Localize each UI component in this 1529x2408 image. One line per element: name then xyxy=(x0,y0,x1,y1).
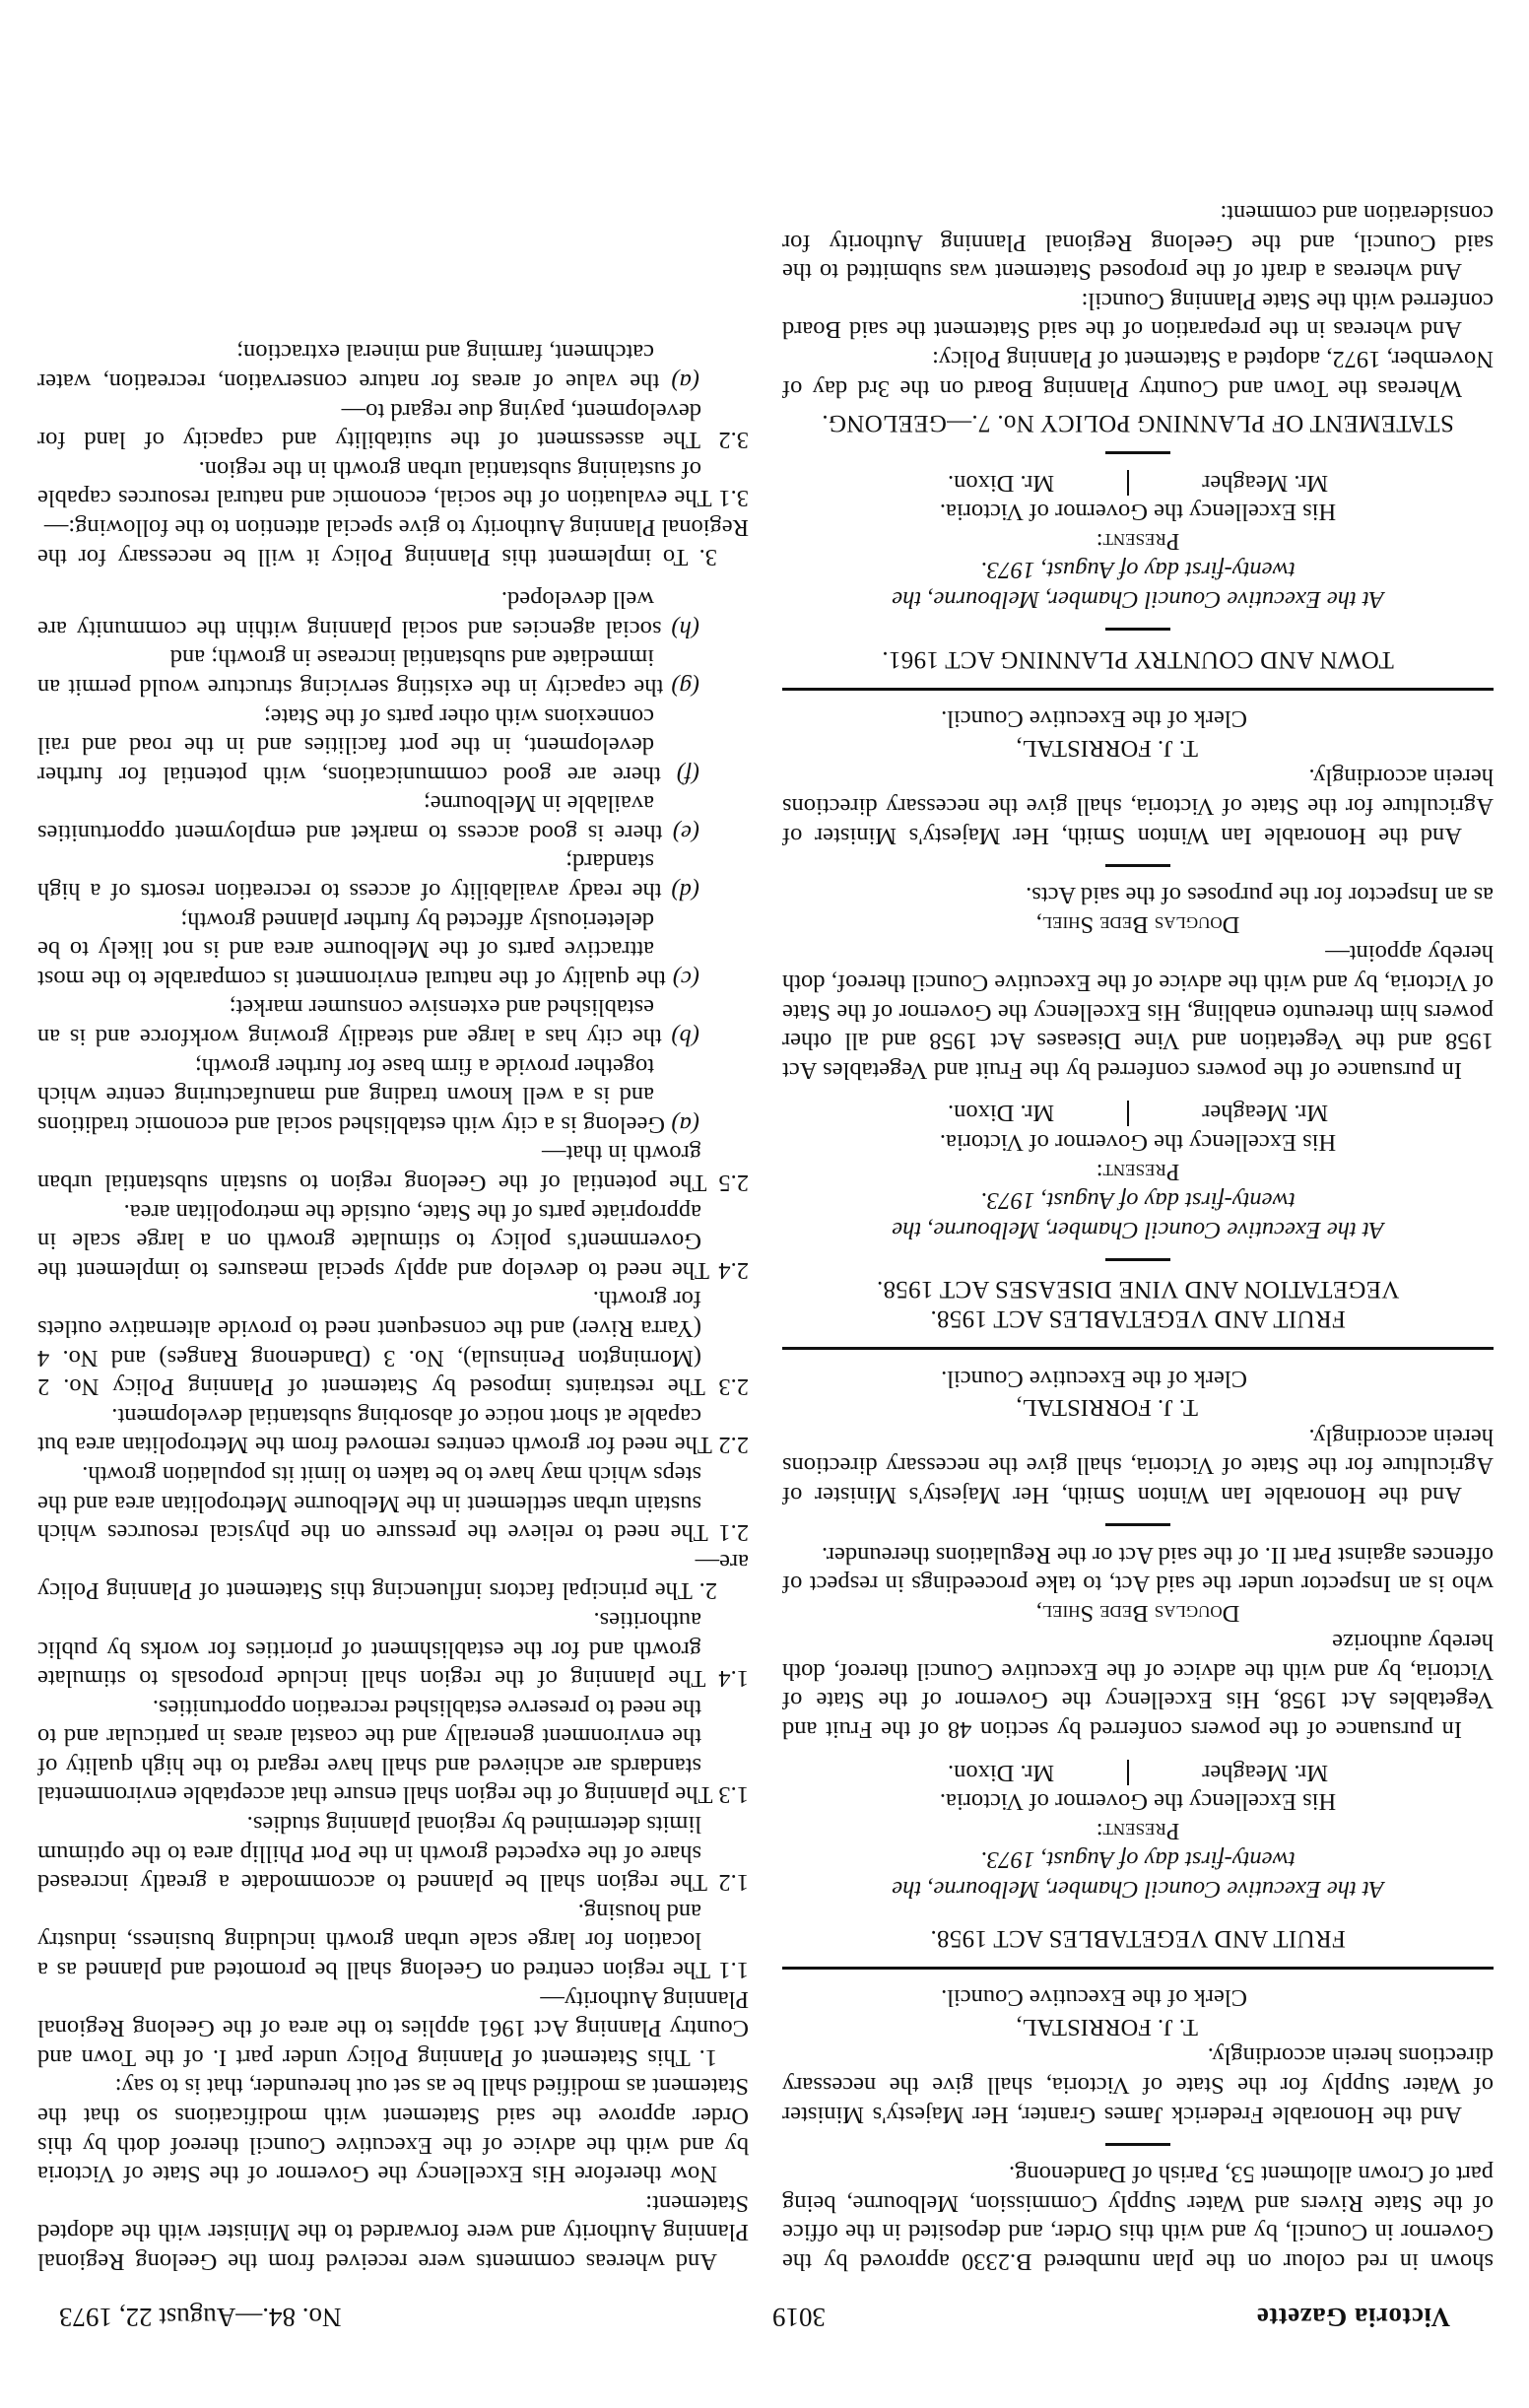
sub-clause-label: (e) xyxy=(662,820,699,846)
clause-2-5: 2.5 The potential of the Geelong region … xyxy=(37,1139,749,1197)
sub-clause-item: (a) Geelong is a city with established s… xyxy=(37,1051,749,1139)
order-place: At the Executive Council Chamber, Melbou… xyxy=(782,585,1494,615)
act-heading: VEGETATION AND VINE DISEASES ACT 1958. xyxy=(782,1275,1494,1304)
clause-2-2: 2.2 The need for growth centres removed … xyxy=(37,1401,749,1459)
divider xyxy=(1105,864,1170,867)
water-minister-para: And the Honorable Frederick James Grante… xyxy=(782,2041,1494,2129)
clause-2-1: 2.1 The need to relieve the pressure on … xyxy=(37,1459,749,1547)
clause-3: 3. To implement this Planning Policy it … xyxy=(37,512,749,570)
statement-heading: STATEMENT OF PLANNING POLICY No. 7.—GEEL… xyxy=(782,409,1494,438)
sub-clause-item: (c) the quality of the natural environme… xyxy=(37,905,749,993)
page-header: Victoria Gazette 3019 No. 84.—August 22,… xyxy=(59,2298,1450,2337)
divider xyxy=(1105,2143,1170,2146)
sub-clause-item: (h) social agencies and social planning … xyxy=(37,585,749,643)
present-label: Present: xyxy=(782,1816,1494,1845)
sub-clause-item: (b) the city has a large and steadily gr… xyxy=(37,993,749,1051)
present-label: Present: xyxy=(782,526,1494,556)
sub-clause-text: Geelong is a city with established socia… xyxy=(37,1053,665,1138)
governor-line: His Excellency the Governor of Victoria. xyxy=(782,498,1494,527)
divider xyxy=(1105,1523,1170,1526)
left-column: shown in red colour on the plan numbered… xyxy=(782,198,1494,2276)
section-divider xyxy=(782,1967,1494,1970)
sub-clause-item: (g) the capacity in the existing servici… xyxy=(37,643,749,702)
sub-clause-label: (c) xyxy=(666,966,699,992)
member-dixon: Mr. Dixon. xyxy=(948,1758,1054,1787)
clause-2: 2. The principal factors influencing thi… xyxy=(37,1547,749,1605)
page-number: 3019 xyxy=(772,2303,826,2333)
member-meagher: Mr. Meagher xyxy=(1202,1758,1328,1787)
signatory-name: T. J. FORRISTAL, xyxy=(782,1393,1494,1423)
clause-3-2: 3.2 The assessment of the suitability an… xyxy=(37,396,749,454)
sub-clause-text: the ready availability of access to recr… xyxy=(37,849,662,905)
whereas-para: And whereas a draft of the proposed Stat… xyxy=(782,198,1494,286)
sub-clause-item: (a) the value of areas for nature conser… xyxy=(37,338,749,396)
signatory-title: Clerk of the Executive Council. xyxy=(782,1364,1494,1393)
order-date: twenty-first day of August, 1973. xyxy=(782,1845,1494,1875)
now-therefore-para: Now therefore His Excellency the Governo… xyxy=(37,2072,749,2188)
member-meagher: Mr. Meagher xyxy=(1202,1099,1328,1128)
member-dixon: Mr. Dixon. xyxy=(948,468,1054,498)
governor-line: His Excellency the Governor of Victoria. xyxy=(782,1787,1494,1817)
sub-clause-text: the value of areas for nature conservati… xyxy=(37,339,659,395)
whereas-para: Whereas the Town and Country Planning Bo… xyxy=(782,344,1494,402)
section-divider xyxy=(782,688,1494,691)
order-text: who is an Inspector under the said Act, … xyxy=(782,1540,1494,1598)
clause-1-2: 1.2 The region shall be planned to accom… xyxy=(37,1810,749,1898)
clause-1: 1. This Statement of Planning Policy und… xyxy=(37,1984,749,2072)
members-present: Mr. Meagher Mr. Dixon. xyxy=(782,1099,1494,1128)
publication-title: Victoria Gazette xyxy=(1256,2303,1450,2333)
sub-clause-label: (a) xyxy=(665,1111,699,1138)
sub-clause-label: (a) xyxy=(659,368,699,395)
signatory-title: Clerk of the Executive Council. xyxy=(782,1983,1494,2013)
sub-clause-label: (d) xyxy=(662,878,699,904)
gazette-page: Victoria Gazette 3019 No. 84.—August 22,… xyxy=(0,0,1529,2408)
sub-clause-label: (b) xyxy=(662,1024,699,1050)
crown-allotment-para: shown in red colour on the plan numbered… xyxy=(782,2160,1494,2276)
act-heading: FRUIT AND VEGETABLES ACT 1958. xyxy=(782,1923,1494,1953)
member-meagher: Mr. Meagher xyxy=(1202,468,1328,498)
agriculture-minister-para: And the Honorable Ian Winton Smith, Her … xyxy=(782,1422,1494,1509)
section-divider xyxy=(782,1347,1494,1350)
act-heading: FRUIT AND VEGETABLES ACT 1958. xyxy=(782,1304,1494,1333)
order-date: twenty-first day of August, 1973. xyxy=(782,556,1494,585)
member-dixon: Mr. Dixon. xyxy=(948,1099,1054,1128)
divider xyxy=(1105,1258,1170,1261)
present-label: Present: xyxy=(782,1157,1494,1186)
column-bar xyxy=(1127,470,1129,496)
act-heading: TOWN AND COUNTRY PLANNING ACT 1961. xyxy=(782,644,1494,674)
clause-1-4: 1.4 The planning of the region shall inc… xyxy=(37,1605,749,1693)
clause-1-1: 1.1 The region centred on Geelong shall … xyxy=(37,1897,749,1984)
sub-clause-text: there are good communications, with pote… xyxy=(37,703,661,788)
right-column: And whereas comments were received from … xyxy=(37,338,749,2276)
appointee-name: Douglas Bede Shiel, xyxy=(782,1598,1494,1628)
order-place: At the Executive Council Chamber, Melbou… xyxy=(782,1215,1494,1244)
clause-2-3: 2.3 The restraints imposed by Statement … xyxy=(37,1285,749,1401)
sub-clause-text: social agencies and social planning with… xyxy=(37,586,661,642)
order-text: as an Inspector for the purposes of the … xyxy=(782,881,1494,910)
agriculture-minister-para: And the Honorable Ian Winton Smith, Her … xyxy=(782,763,1494,850)
divider xyxy=(1105,628,1170,631)
members-present: Mr. Meagher Mr. Dixon. xyxy=(782,1758,1494,1787)
whereas-para: And whereas comments were received from … xyxy=(37,2188,749,2276)
whereas-para: And whereas in the preparation of the sa… xyxy=(782,286,1494,344)
issue-date: No. 84.—August 22, 1973 xyxy=(59,2303,342,2333)
clause-3-1: 3.1 The evaluation of the social, econom… xyxy=(37,454,749,512)
appointee-name: Douglas Bede Shiel, xyxy=(782,909,1494,939)
governor-line: His Excellency the Governor of Victoria. xyxy=(782,1127,1494,1157)
clause-3-2-list: (a) the value of areas for nature conser… xyxy=(37,338,749,396)
divider xyxy=(1105,451,1170,454)
sub-clause-label: (g) xyxy=(663,674,699,701)
column-bar xyxy=(1127,1760,1129,1785)
clause-2-5-list: (a) Geelong is a city with established s… xyxy=(37,585,749,1139)
sub-clause-label: (f) xyxy=(661,762,699,788)
sub-clause-item: (e) there is good access to market and e… xyxy=(37,789,749,847)
sub-clause-text: the city has a large and steadily growin… xyxy=(37,994,662,1050)
clause-2-4: 2.4 The need to develop and apply specia… xyxy=(37,1197,749,1285)
signatory-name: T. J. FORRISTAL, xyxy=(782,733,1494,763)
pursuance-para: In pursuance of the powers conferred by … xyxy=(782,939,1494,1085)
sub-clause-text: the capacity in the existing servicing s… xyxy=(37,644,663,701)
order-date: twenty-first day of August, 1973. xyxy=(782,1186,1494,1216)
sub-clause-item: (d) the ready availability of access to … xyxy=(37,847,749,905)
signatory-title: Clerk of the Executive Council. xyxy=(782,704,1494,734)
pursuance-para: In pursuance of the powers conferred by … xyxy=(782,1628,1494,1744)
clause-1-3: 1.3 The planning of the region shall ens… xyxy=(37,1693,749,1809)
sub-clause-label: (h) xyxy=(661,616,699,642)
sub-clause-text: there is good access to market and emplo… xyxy=(37,790,662,846)
sub-clause-text: the quality of the natural environment i… xyxy=(37,907,666,992)
sub-clause-item: (f) there are good communications, with … xyxy=(37,702,749,789)
members-present: Mr. Meagher Mr. Dixon. xyxy=(782,468,1494,498)
signatory-name: T. J. FORRISTAL, xyxy=(782,2012,1494,2041)
column-bar xyxy=(1127,1101,1129,1126)
order-place: At the Executive Council Chamber, Melbou… xyxy=(782,1874,1494,1904)
